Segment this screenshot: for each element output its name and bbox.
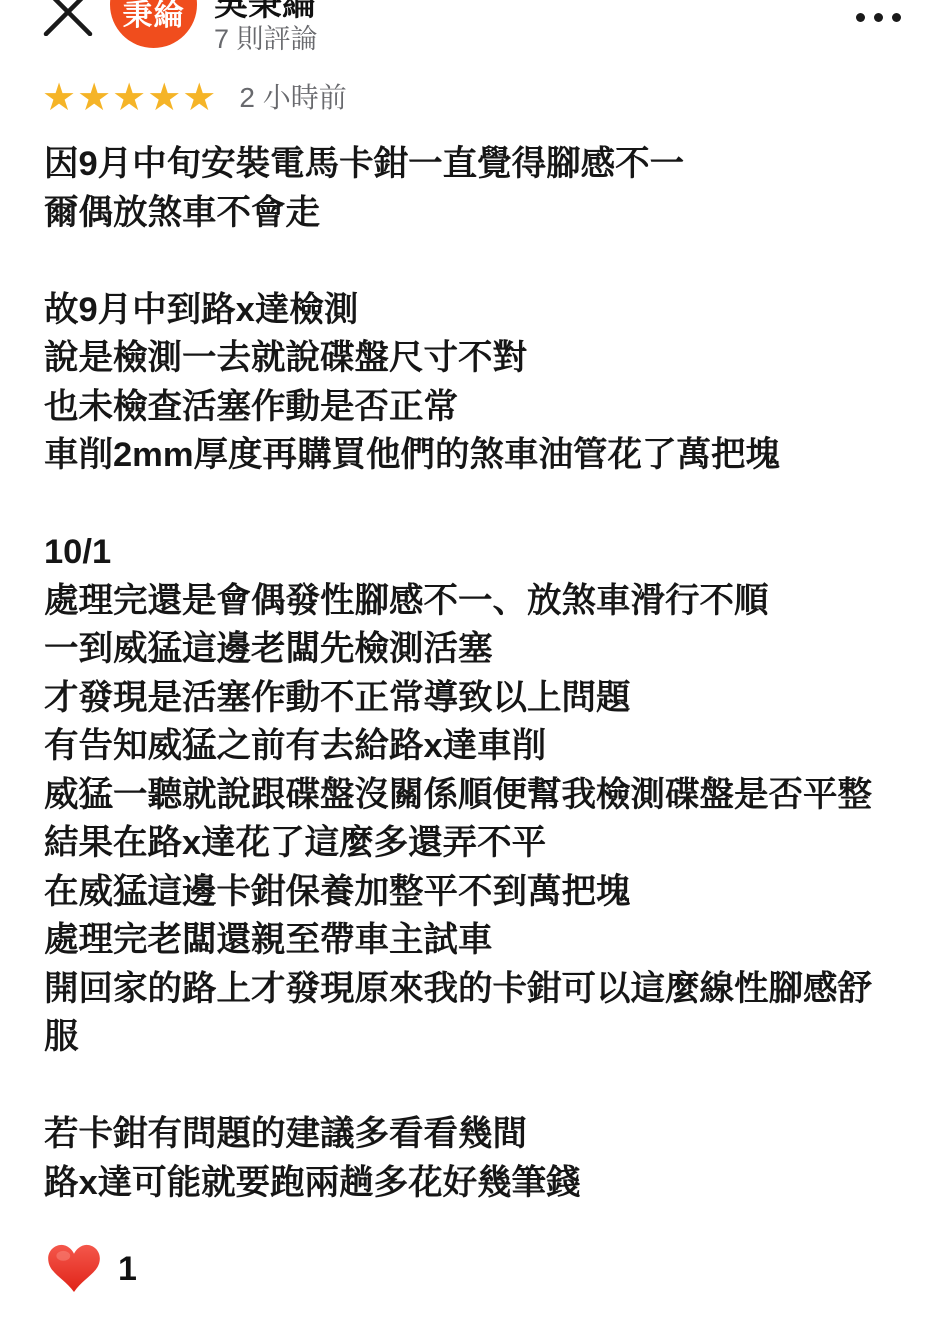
heart-reaction-icon[interactable] <box>46 1244 102 1295</box>
avatar-initials: 秉綸 <box>123 1 185 31</box>
ellipsis-icon <box>856 13 865 22</box>
reaction-count: 1 <box>118 1252 137 1286</box>
review-body-text: 因9月中旬安裝電馬卡鉗一直覺得腳感不一 爾偶放煞車不會走 故9月中到路x達檢測 … <box>44 140 940 1207</box>
close-button[interactable] <box>40 0 96 36</box>
rating-row: ★★★★★ 2 小時前 <box>42 76 347 120</box>
review-detail-screen: 秉綸 吳秉綸 7 則評論 ★★★★★ 2 小時前 因9月中旬安裝電馬卡鉗一直覺得… <box>0 0 945 1317</box>
star-rating: ★★★★★ <box>42 79 217 117</box>
ellipsis-icon <box>892 13 901 22</box>
more-options-button[interactable] <box>848 0 908 34</box>
review-timestamp: 2 小時前 <box>239 84 346 112</box>
avatar[interactable]: 秉綸 <box>110 0 197 48</box>
reaction-row[interactable]: 1 <box>46 1243 137 1295</box>
ellipsis-icon <box>874 13 883 22</box>
reviewer-review-count: 7 則評論 <box>214 17 318 56</box>
close-icon <box>40 0 96 36</box>
